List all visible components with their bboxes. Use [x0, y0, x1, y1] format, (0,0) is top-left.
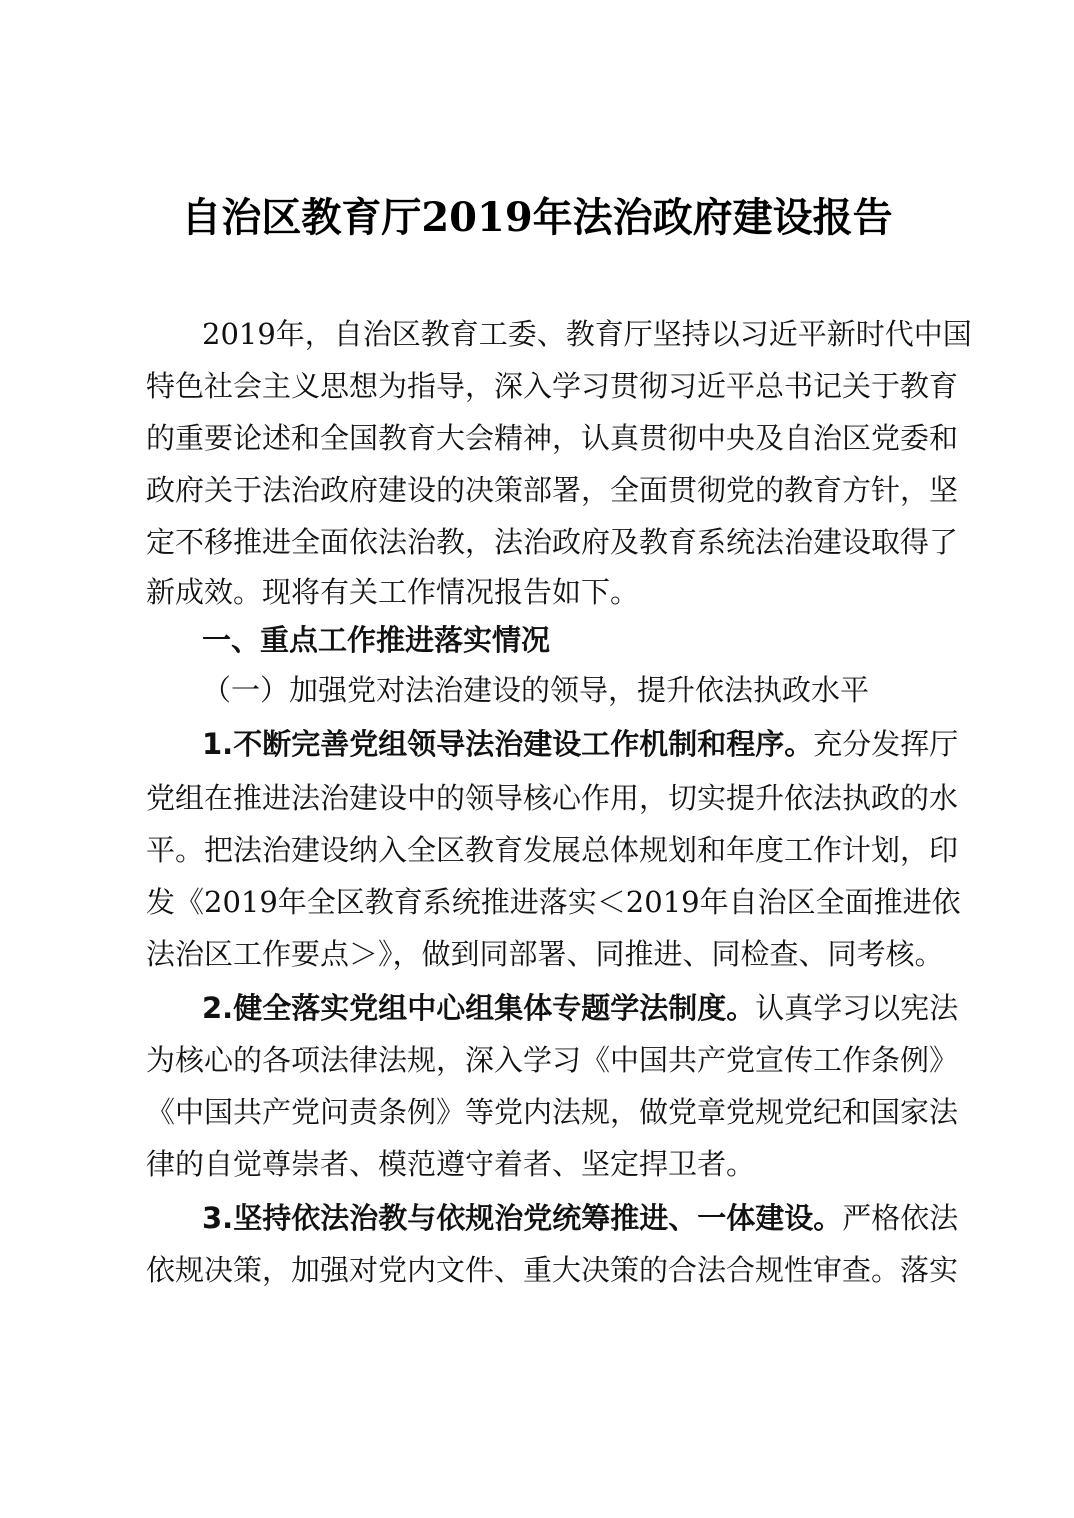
- item-2-lead: 2.健全落实党组中心组集体专题学法制度。认真学习以宪法: [202, 982, 942, 1034]
- item-2-line-2: 为核心的各项法律法规，深入学习《中国共产党宣传工作条例》: [146, 1034, 942, 1086]
- item-3-lead: 3.坚持依法治教与依规治党统筹推进、一体建设。严格依法: [202, 1192, 942, 1244]
- item-1-title: 1.不断完善党组领导法治建设工作机制和程序。: [202, 727, 813, 761]
- item-1-line-2: 党组在推进法治建设中的领导核心作用，切实提升依法执政的水: [146, 772, 942, 824]
- intro-line-4: 政府关于法治政府建设的决策部署，全面贯彻党的教育方针，坚: [146, 464, 942, 516]
- item-3-title: 3.坚持依法治教与依规治党统筹推进、一体建设。: [202, 1201, 842, 1235]
- item-2-title: 2.健全落实党组中心组集体专题学法制度。: [202, 991, 755, 1025]
- item-2-text: 认真学习以宪法: [755, 991, 958, 1025]
- item-1-line-5: 法治区工作要点＞》，做到同部署、同推进、同检查、同考核。: [146, 928, 942, 980]
- item-1-line-3: 平。把法治建设纳入全区教育发展总体规划和年度工作计划，印: [146, 824, 942, 876]
- document-title: 自治区教育厅2019年法治政府建设报告: [0, 190, 1074, 246]
- intro-line-1: 2019年，自治区教育工委、教育厅坚持以习近平新时代中国: [202, 308, 942, 360]
- intro-line-5: 定不移推进全面依法治教，法治政府及教育系统法治建设取得了: [146, 516, 942, 568]
- section-heading-1: 一、重点工作推进落实情况: [202, 614, 942, 666]
- intro-line-2: 特色社会主义思想为指导，深入学习贯彻习近平总书记关于教育: [146, 360, 942, 412]
- subsection-heading-1: （一）加强党对法治建设的领导，提升依法执政水平: [202, 664, 942, 716]
- intro-line-6: 新成效。现将有关工作情况报告如下。: [146, 566, 942, 618]
- item-2-line-3: 《中国共产党问责条例》等党内法规，做党章党规党纪和国家法: [146, 1086, 942, 1138]
- item-1-lead: 1.不断完善党组领导法治建设工作机制和程序。充分发挥厅: [202, 718, 942, 770]
- document-page: 自治区教育厅2019年法治政府建设报告 2019年，自治区教育工委、教育厅坚持以…: [0, 0, 1074, 1518]
- item-1-line-4: 发《2019年全区教育系统推进落实＜2019年自治区全面推进依: [146, 876, 942, 928]
- item-1-text: 充分发挥厅: [813, 727, 958, 761]
- item-2-line-4: 律的自觉尊崇者、模范遵守着者、坚定捍卫者。: [146, 1138, 942, 1190]
- item-3-text: 严格依法: [842, 1201, 958, 1235]
- intro-line-3: 的重要论述和全国教育大会精神，认真贯彻中央及自治区党委和: [146, 412, 942, 464]
- item-3-line-2: 依规决策，加强对党内文件、重大决策的合法合规性审查。落实: [146, 1244, 942, 1296]
